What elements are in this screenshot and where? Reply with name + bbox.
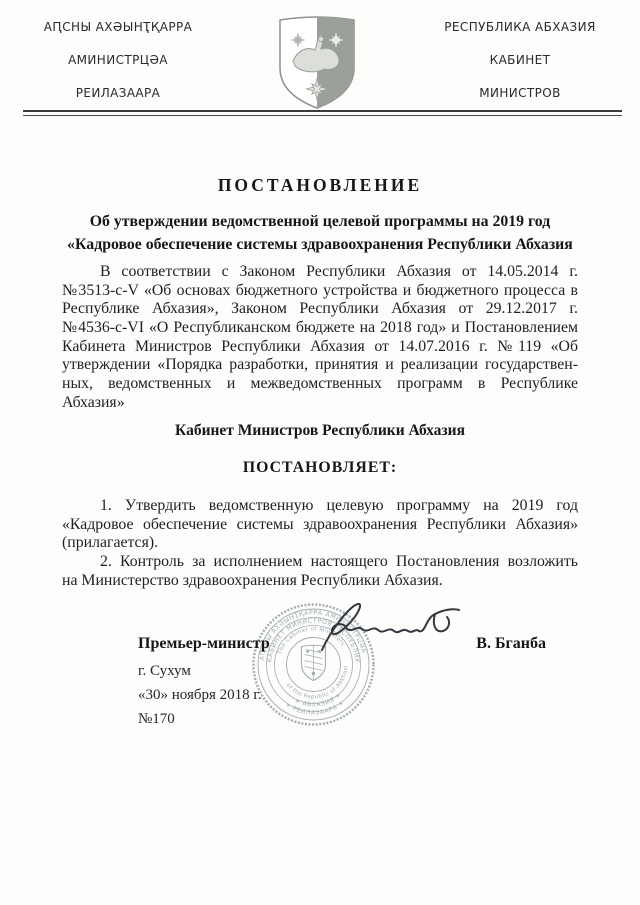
letterhead-abkhaz-line1: АԤСНЫ АХӘЫНҬҚАРРА — [18, 20, 218, 34]
letterhead-russian-line2: КАБИНЕТ — [420, 53, 620, 67]
preamble-paragraph: В соответствии с Законом Республики Абха… — [62, 263, 578, 413]
decree-subject-line1: Об утверждении ведомственной целевой про… — [50, 211, 590, 234]
decree-document-page: АԤСНЫ АХӘЫНҬҚАРРА АМИНИСТРЦӘА РЕИЛАЗААРА… — [0, 0, 640, 905]
item-2-line: на Министерство здравоохранения Республи… — [62, 572, 578, 591]
preamble-line: Абхазия» — [62, 394, 578, 413]
preamble-line: В соответствии с Законом Республики Абха… — [62, 263, 578, 282]
decree-subject: Об утверждении ведомственной целевой про… — [50, 211, 590, 256]
abkhazia-coat-of-arms-icon — [277, 13, 357, 116]
issuing-body-name: Кабинет Министров Республики Абхазия — [62, 422, 578, 440]
letterhead-abkhaz: АԤСНЫ АХӘЫНҬҚАРРА АМИНИСТРЦӘА РЕИЛАЗААРА — [18, 20, 218, 119]
resolves-heading: ПОСТАНОВЛЯЕТ: — [62, 459, 578, 477]
letterhead-abkhaz-line2: АМИНИСТРЦӘА — [18, 53, 218, 67]
resolution-items: 1. Утвердить ведомственную целевую прогр… — [62, 497, 578, 590]
letterhead-divider-rule — [23, 110, 622, 116]
preamble-line: утверждении «Порядка разработки, приняти… — [62, 356, 578, 375]
signer-post: Премьер-министр — [138, 635, 270, 653]
preamble-line: ных, ведомственных и межведомственных пр… — [62, 375, 578, 394]
item-1-line: (прилагается). — [62, 534, 578, 553]
preamble-line: Кабинета Министров Республики Абхазия от… — [62, 338, 578, 357]
decree-title: ПОСТАНОВЛЕНИЕ — [62, 175, 578, 196]
item-1-line: «Кадровое обеспечение системы здравоохра… — [62, 516, 578, 535]
issue-date: «30» ноября 2018 г. — [138, 687, 262, 704]
letterhead-russian: РЕСПУБЛИКА АБХАЗИЯ КАБИНЕТ МИНИСТРОВ — [420, 20, 620, 119]
preamble-line: №3513-с-V «Об основах бюджетного устройс… — [62, 282, 578, 301]
item-2-line: 2. Контроль за исполнением настоящего По… — [62, 553, 578, 572]
letterhead-russian-line1: РЕСПУБЛИКА АБХАЗИЯ — [420, 20, 620, 34]
premier-signature-autograph — [298, 598, 463, 661]
preamble-line: Республике Абхазия», Законом Республики … — [62, 300, 578, 319]
decree-number: №170 — [138, 711, 175, 728]
signer-name: В. Бганба — [476, 635, 546, 653]
preamble-line: №4536-с-VI «О Республиканском бюджете на… — [62, 319, 578, 338]
letterhead-abkhaz-line3: РЕИЛАЗААРА — [18, 86, 218, 100]
decree-subject-line2: «Кадровое обеспечение системы здравоохра… — [50, 234, 590, 257]
letterhead-russian-line3: МИНИСТРОВ — [420, 86, 620, 100]
issue-city: г. Сухум — [138, 663, 191, 680]
item-1-line: 1. Утвердить ведомственную целевую прогр… — [62, 497, 578, 516]
